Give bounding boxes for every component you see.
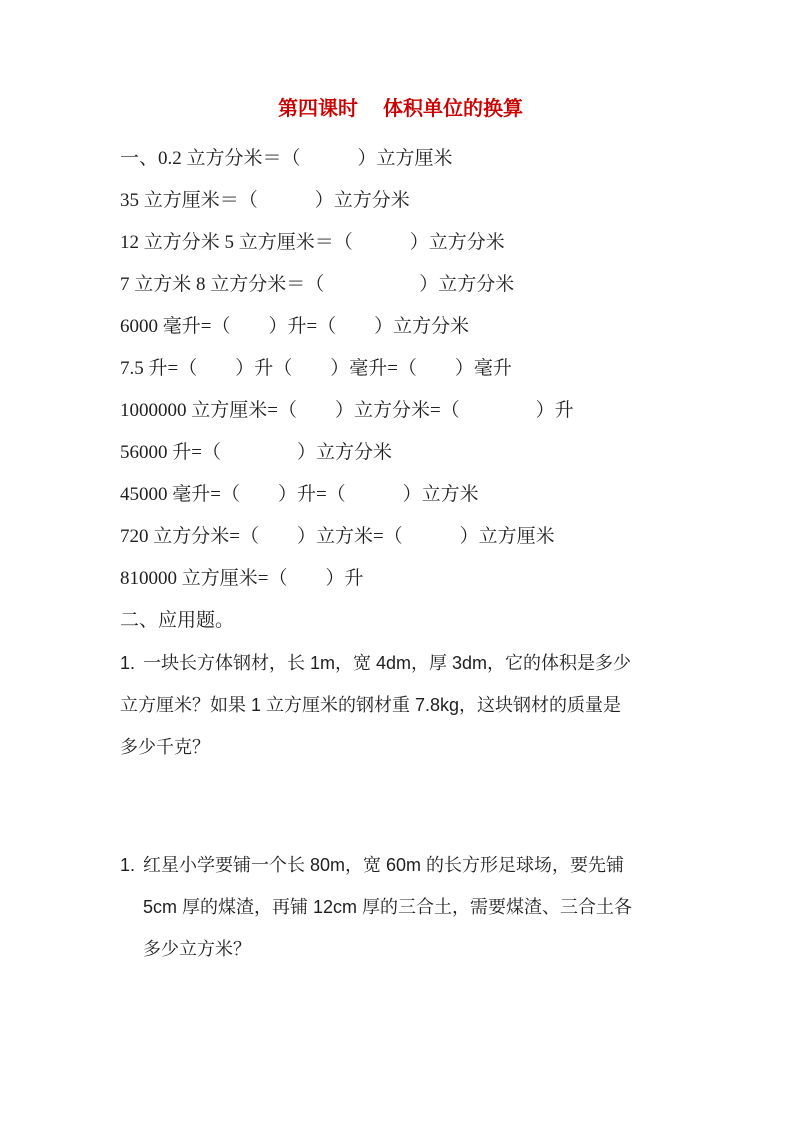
conversion-line: 7.5 升=（ ）升（ ）毫升=（ ）毫升	[120, 348, 681, 390]
section-two-heading: 二、应用题。	[120, 600, 681, 642]
page-title: 第四课时 体积单位的换算	[120, 94, 681, 138]
conversion-line: 一、0.2 立方分米＝（ ）立方厘米	[120, 138, 681, 180]
conversion-line: 45000 毫升=（ ）升=（ ）立方米	[120, 474, 681, 516]
word-problem-2: 1.红星小学要铺一个长 80m，宽 60m 的长方形足球场，要先铺 5cm 厚的…	[120, 844, 681, 970]
problem-line: 多少立方米？	[120, 928, 681, 970]
problem-number: 1.	[120, 844, 143, 886]
conversion-line: 12 立方分米 5 立方厘米＝（ ）立方分米	[120, 222, 681, 264]
conversion-line: 35 立方厘米＝（ ）立方分米	[120, 180, 681, 222]
problem-number: 1.	[120, 642, 143, 684]
problem-line: 多少千克？	[120, 726, 681, 768]
worksheet-page: 第四课时 体积单位的换算 一、0.2 立方分米＝（ ）立方厘米 35 立方厘米＝…	[0, 0, 793, 1122]
problem-line: 1.红星小学要铺一个长 80m，宽 60m 的长方形足球场，要先铺	[120, 844, 681, 886]
conversion-line: 56000 升=（ ）立方分米	[120, 432, 681, 474]
conversion-line: 720 立方分米=（ ）立方米=（ ）立方厘米	[120, 516, 681, 558]
conversion-line: 810000 立方厘米=（ ）升	[120, 558, 681, 600]
problem-line: 1.一块长方体钢材，长 1m，宽 4dm，厚 3dm，它的体积是多少	[120, 642, 681, 684]
problem-line: 立方厘米？如果 1 立方厘米的钢材重 7.8kg，这块钢材的质量是	[120, 684, 681, 726]
problem-text: 红星小学要铺一个长 80m，宽 60m 的长方形足球场，要先铺	[143, 855, 624, 875]
conversion-exercise-list: 一、0.2 立方分米＝（ ）立方厘米 35 立方厘米＝（ ）立方分米 12 立方…	[120, 138, 681, 600]
conversion-line: 7 立方米 8 立方分米＝（ ）立方分米	[120, 264, 681, 306]
problem-line: 5cm 厚的煤渣，再铺 12cm 厚的三合土，需要煤渣、三合土各	[120, 886, 681, 928]
conversion-line: 1000000 立方厘米=（ ）立方分米=（ ）升	[120, 390, 681, 432]
problem-text: 一块长方体钢材，长 1m，宽 4dm，厚 3dm，它的体积是多少	[143, 653, 631, 673]
word-problem-1: 1.一块长方体钢材，长 1m，宽 4dm，厚 3dm，它的体积是多少 立方厘米？…	[120, 642, 681, 768]
conversion-line: 6000 毫升=（ ）升=（ ）立方分米	[120, 306, 681, 348]
